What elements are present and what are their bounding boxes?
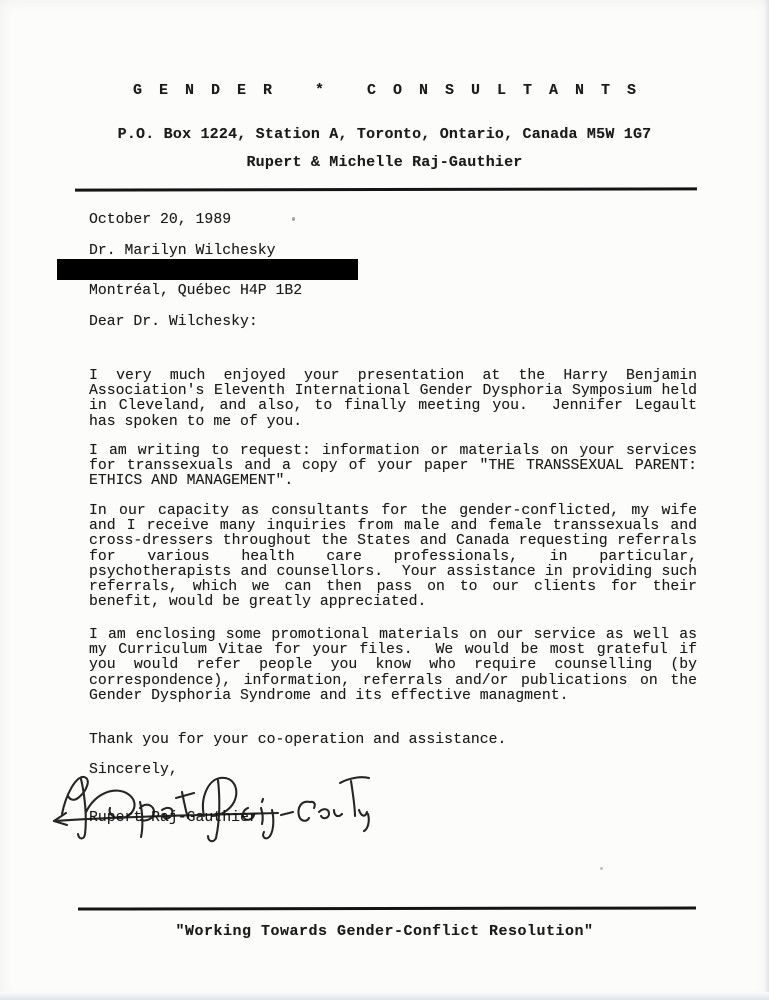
scan-speck: [600, 867, 603, 870]
letter-date: October 20, 1989: [89, 212, 231, 228]
salutation: Dear Dr. Wilchesky:: [89, 314, 258, 330]
scanned-letter-page: GENDER * CONSULTANTS P.O. Box 1224, Stat…: [0, 0, 769, 1000]
paragraph-1: I very much enjoyed your presentation at…: [89, 369, 697, 430]
scan-edge-shadow: [764, 0, 769, 1000]
letterhead-principals: Rupert & Michelle Raj-Gauthier: [0, 154, 769, 171]
typed-signature-name: Rupert Raj-Gauthier: [89, 810, 258, 826]
letterhead-address: P.O. Box 1224, Station A, Toronto, Ontar…: [0, 126, 769, 143]
paragraph-5: Thank you for your co-operation and assi…: [89, 733, 697, 748]
paragraph-2: I am writing to request: information or …: [89, 444, 697, 490]
scan-edge-shadow: [0, 992, 769, 1000]
closing: Sincerely,: [89, 762, 178, 778]
letterhead-org-name: GENDER * CONSULTANTS: [0, 82, 769, 99]
footer-motto: "Working Towards Gender-Conflict Resolut…: [0, 923, 769, 940]
scan-speck: [292, 217, 295, 221]
recipient-name: Dr. Marilyn Wilchesky: [89, 243, 275, 259]
letterhead-divider-rule: [75, 187, 697, 191]
paragraph-4: I am enclosing some promotional material…: [89, 628, 697, 704]
paragraph-3: In our capacity as consultants for the g…: [89, 504, 697, 610]
redaction-bar: [57, 259, 358, 280]
footer-divider-rule: [78, 906, 696, 910]
recipient-city-line: Montréal, Québec H4P 1B2: [89, 283, 302, 299]
